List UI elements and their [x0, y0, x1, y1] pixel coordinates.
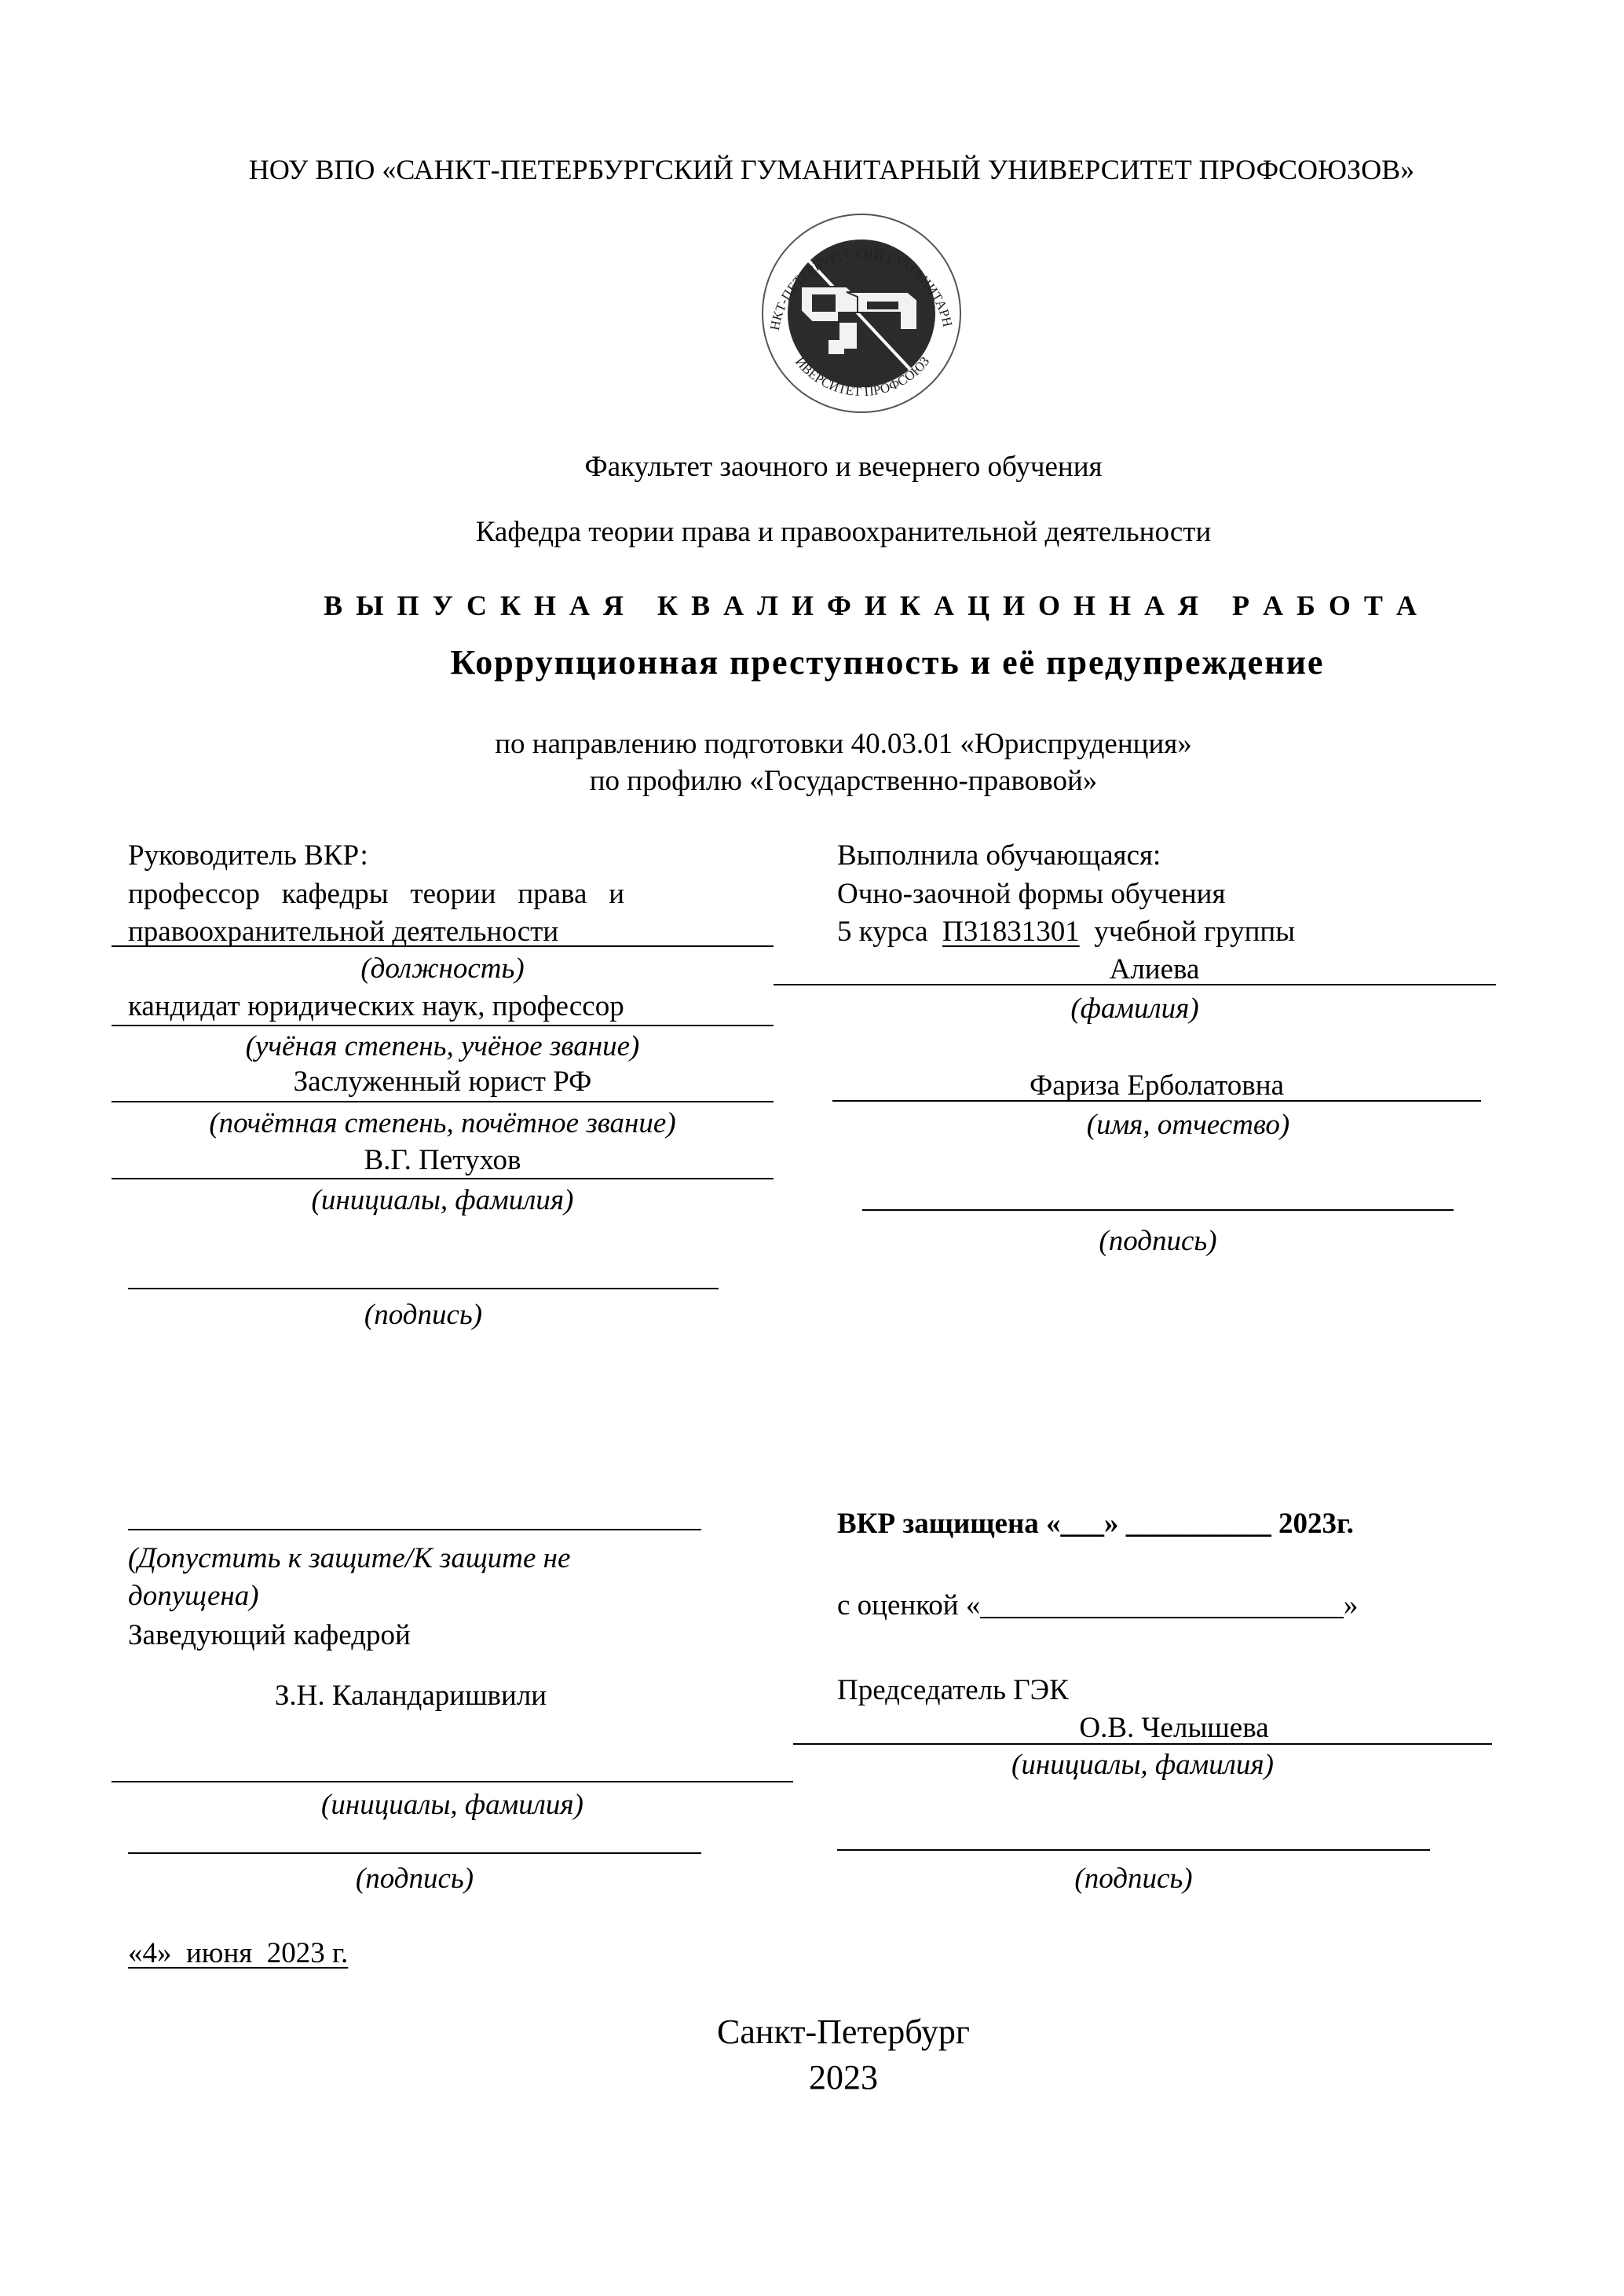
gek-chair-label: Председатель ГЭК: [837, 1673, 1069, 1709]
given-names-caption: (имя, отчество): [864, 1107, 1512, 1143]
admission-date: «4» июня 2023 г.: [128, 1936, 348, 1972]
work-type-heading: В Ы П У С К Н А Я К В А Л И Ф И К А Ц И …: [259, 587, 1484, 623]
admission-decision-line[interactable]: [128, 1529, 701, 1530]
supervisor-signature-caption: (подпись): [128, 1297, 719, 1333]
supervisor-name: В.Г. Петухов: [112, 1143, 774, 1179]
head-of-department-label: Заведующий кафедрой: [128, 1618, 411, 1654]
group-label: учебной группы: [1094, 916, 1295, 948]
given-names-underline: [832, 1100, 1481, 1102]
supervisor-degree: кандидат юридических наук, профессор: [128, 989, 624, 1025]
supervisor-signature-line[interactable]: [128, 1288, 719, 1289]
surname-caption: (фамилия): [774, 991, 1496, 1027]
honorary-caption: (почётная степень, почётное звание): [112, 1106, 774, 1142]
student-given-names: Фариза Ерболатовна: [832, 1068, 1481, 1104]
position-underline: [112, 945, 774, 947]
university-name-text: НОУ ВПО «САНКТ-ПЕТЕРБУРГСКИЙ ГУМАНИТАРНЫ…: [0, 152, 1624, 188]
supervisor-heading: Руководитель ВКР:: [128, 838, 368, 874]
student-heading: Выполнила обучающаяся:: [837, 838, 1161, 874]
head-signature-line[interactable]: [128, 1852, 701, 1854]
defense-date-field[interactable]: ВКР защищена «___» __________ 2023г.: [837, 1506, 1354, 1542]
year: 2023: [0, 2056, 1624, 2100]
head-of-department-name: З.Н. Каландаришвили: [214, 1678, 607, 1714]
name-caption: (инициалы, фамилия): [112, 1183, 774, 1219]
student-signature-caption: (подпись): [862, 1223, 1454, 1260]
gek-signature-caption: (подпись): [837, 1861, 1430, 1897]
head-name-caption: (инициалы, фамилия): [112, 1787, 793, 1823]
department-name: Кафедра теории права и правоохранительно…: [0, 514, 1624, 550]
gek-signature-line[interactable]: [837, 1849, 1430, 1851]
student-study-form: Очно-заочной формы обучения: [837, 876, 1226, 912]
faculty-name: Факультет заочного и вечернего обучения: [0, 449, 1624, 485]
defense-grade-field[interactable]: с оценкой «_________________________»: [837, 1588, 1358, 1624]
honorary-underline: [112, 1101, 774, 1102]
course-label: 5 курса: [837, 916, 928, 948]
student-signature-line[interactable]: [862, 1209, 1454, 1211]
study-direction: по направлению подготовки 40.03.01 «Юрис…: [0, 726, 1624, 762]
degree-underline: [112, 1025, 774, 1026]
study-profile: по профилю «Государственно-правовой»: [0, 763, 1624, 799]
university-name: НОУ ВПО «САНКТ-ПЕТЕРБУРГСКИЙ ГУМАНИТАРНЫ…: [0, 152, 1624, 188]
head-signature-caption: (подпись): [128, 1861, 701, 1897]
surname-underline: [774, 984, 1496, 985]
name-underline: [112, 1178, 774, 1179]
student-course-group: 5 курса П31831301 учебной группы: [837, 914, 1295, 950]
gek-chair-name: О.В. Челышева: [793, 1710, 1492, 1746]
thesis-topic: Коррупционная преступность и её предупре…: [236, 642, 1539, 684]
city: Санкт-Петербург: [0, 2010, 1624, 2054]
degree-caption: (учёная степень, учёное звание): [112, 1029, 774, 1065]
head-name-underline: [112, 1781, 793, 1782]
supervisor-honorary: Заслуженный юрист РФ: [112, 1064, 774, 1100]
group-number: П31831301: [942, 916, 1080, 948]
position-caption: (должность): [112, 951, 774, 987]
admission-caption-line1: (Допустить к защите/К защите не: [128, 1541, 570, 1577]
student-surname: Алиева: [774, 952, 1496, 988]
university-emblem-icon: САНКТ-ПЕТЕРБУРГСКИЙ ГУМАНИТАРНЫЙ УНИВЕРС…: [760, 212, 963, 415]
admission-caption-line2: допущена): [128, 1578, 259, 1614]
gek-name-caption: (инициалы, фамилия): [793, 1747, 1492, 1783]
gek-name-underline: [793, 1743, 1492, 1745]
supervisor-position-line1: профессор кафедры теории права и: [128, 876, 760, 912]
